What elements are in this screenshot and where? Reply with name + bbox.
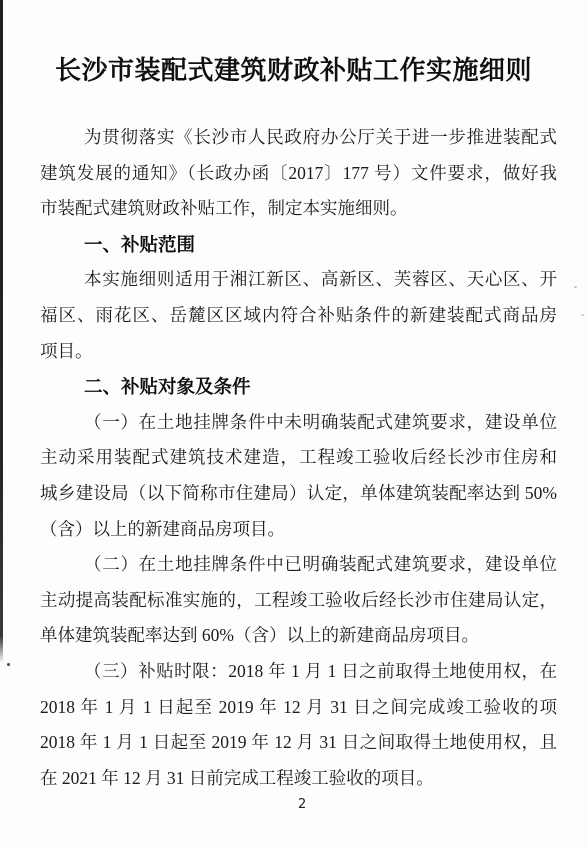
paragraph-line: 主动采用装配式建筑技术建造，工程竣工验收后经长沙市住房和 [40,440,557,476]
section-heading-1: 一、补贴范围 [40,227,557,263]
paragraph-line: 城乡建设局（以下简称市住建局）认定，单体建筑装配率达到 50% [40,476,557,512]
paragraph-line: 建筑发展的通知》（长政办函〔2017〕177 号）文件要求，做好我 [40,156,557,192]
document-title: 长沙市装配式建筑财政补贴工作实施细则 [0,50,587,87]
paragraph-line: 福区、雨花区、岳麓区区域内符合补贴条件的新建装配式商品房 [40,298,557,334]
paragraph-condition-3: （三）补贴时限：2018 年 1 月 1 日之前取得土地使用权，在 2018 年… [40,654,557,796]
document-body: 为贯彻落实《长沙市人民政府办公厅关于进一步推进装配式 建筑发展的通知》（长政办函… [40,120,557,796]
paragraph-condition-2: （二）在土地挂牌条件中已明确装配式建筑要求，建设单位 主动提高装配标准实施的，工… [40,547,557,654]
scan-speck [7,663,10,666]
scanned-document-page: 长沙市装配式建筑财政补贴工作实施细则 为贯彻落实《长沙市人民政府办公厅关于进一步… [0,0,587,848]
scan-edge-artifact-left [0,0,3,663]
paragraph-line: 项目。 [40,334,557,370]
paragraph-line: 市装配式建筑财政补贴工作，制定本实施细则。 [40,191,557,227]
scan-speck [574,286,577,288]
paragraph-intro: 为贯彻落实《长沙市人民政府办公厅关于进一步推进装配式 建筑发展的通知》（长政办函… [40,120,557,227]
section-heading-2: 二、补贴对象及条件 [40,369,557,405]
paragraph-scope: 本实施细则适用于湘江新区、高新区、芙蓉区、天心区、开 福区、雨花区、岳麓区区域内… [40,262,557,369]
page-number: 2 [298,797,306,812]
paragraph-line: 本实施细则适用于湘江新区、高新区、芙蓉区、天心区、开 [40,262,557,298]
paragraph-line: （二）在土地挂牌条件中已明确装配式建筑要求，建设单位 [40,547,557,583]
paragraph-line: （含）以上的新建商品房项目。 [40,512,557,548]
paragraph-line: 单体建筑装配率达到 60%（含）以上的新建商品房项目。 [40,618,557,654]
paragraph-line: 2018 年 1 月 1 日起至 2019 年 12 月 31 日之间取得土地使… [40,725,557,761]
paragraph-line: （一）在土地挂牌条件中未明确装配式建筑要求，建设单位 [40,405,557,441]
paragraph-line: 为贯彻落实《长沙市人民政府办公厅关于进一步推进装配式 [40,120,557,156]
paragraph-line: （三）补贴时限：2018 年 1 月 1 日之前取得土地使用权，在 [40,654,557,690]
paragraph-condition-1: （一）在土地挂牌条件中未明确装配式建筑要求，建设单位 主动采用装配式建筑技术建造… [40,405,557,547]
paragraph-line: 在 2021 年 12 月 31 日前完成工程竣工验收的项目。 [40,761,557,797]
paragraph-line: 2018 年 1 月 1 日起至 2019 年 12 月 31 日之间完成竣工验… [40,690,557,726]
scan-speck [581,314,584,316]
paragraph-line: 主动提高装配标准实施的，工程竣工验收后经长沙市住建局认定， [40,583,557,619]
